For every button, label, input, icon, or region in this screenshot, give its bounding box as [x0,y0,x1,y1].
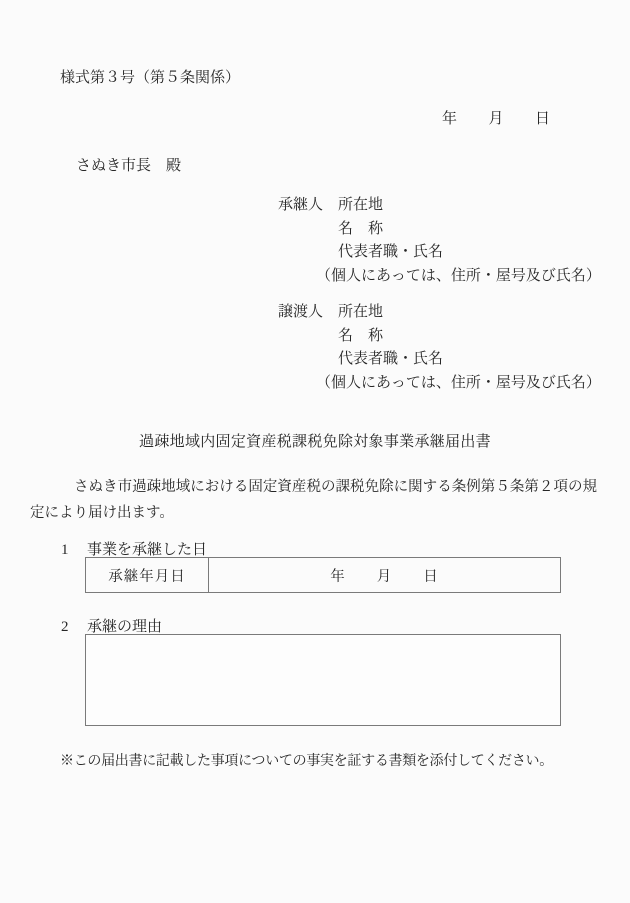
form-number-label: 様式第３号（第５条関係） [60,66,240,87]
successor-block: 承継人所在地 名 称 代表者職・氏名 （個人にあっては、住所・屋号及び氏名） [278,194,601,288]
transferor-role-address-line: 譲渡人所在地 [278,301,601,325]
date-placeholder: 年 月 日 [442,107,551,128]
succession-date-label-cell: 承継年月日 [86,558,209,593]
addressee-line: さぬき市長 殿 [76,154,181,175]
transferor-block: 譲渡人所在地 名 称 代表者職・氏名 （個人にあっては、住所・屋号及び氏名） [278,301,601,395]
document-title: 過疎地域内固定資産税課税免除対象事業承継届出書 [0,430,630,451]
successor-address-label: 所在地 [338,197,383,213]
succession-reason-box [85,634,561,726]
transferor-individual-note: （個人にあっては、住所・屋号及び氏名） [278,372,601,396]
transferor-role-label: 譲渡人 [278,304,323,320]
form-document-page: 様式第３号（第５条関係） 年 月 日 さぬき市長 殿 承継人所在地 名 称 代表… [0,0,630,903]
section-2-number: 2 [61,619,87,636]
successor-name-label: 名 称 [278,218,601,242]
transferor-representative-label: 代表者職・氏名 [278,348,601,372]
table-row: 承継年月日 年 月 日 [86,558,561,593]
attachment-footnote: ※この届出書に記載した事項についての事実を証する書類を添付してください。 [60,750,553,770]
successor-individual-note: （個人にあっては、住所・屋号及び氏名） [278,265,601,289]
successor-representative-label: 代表者職・氏名 [278,241,601,265]
successor-role-label: 承継人 [278,197,323,213]
successor-role-address-line: 承継人所在地 [278,194,601,218]
succession-date-table: 承継年月日 年 月 日 [85,557,561,593]
transferor-address-label: 所在地 [338,304,383,320]
section-1-number: 1 [61,542,87,559]
section-1-heading-text: 事業を承継した日 [87,542,207,558]
succession-date-value-cell: 年 月 日 [209,558,561,593]
section-1-heading: 1事業を承継した日 [61,538,207,559]
transferor-name-label: 名 称 [278,325,601,349]
section-2-heading-text: 承継の理由 [87,619,162,635]
section-2-heading: 2承継の理由 [61,615,162,636]
declaration-paragraph: さぬき市過疎地域における固定資産税の課税免除に関する条例第５条第２項の規定により… [30,475,597,526]
